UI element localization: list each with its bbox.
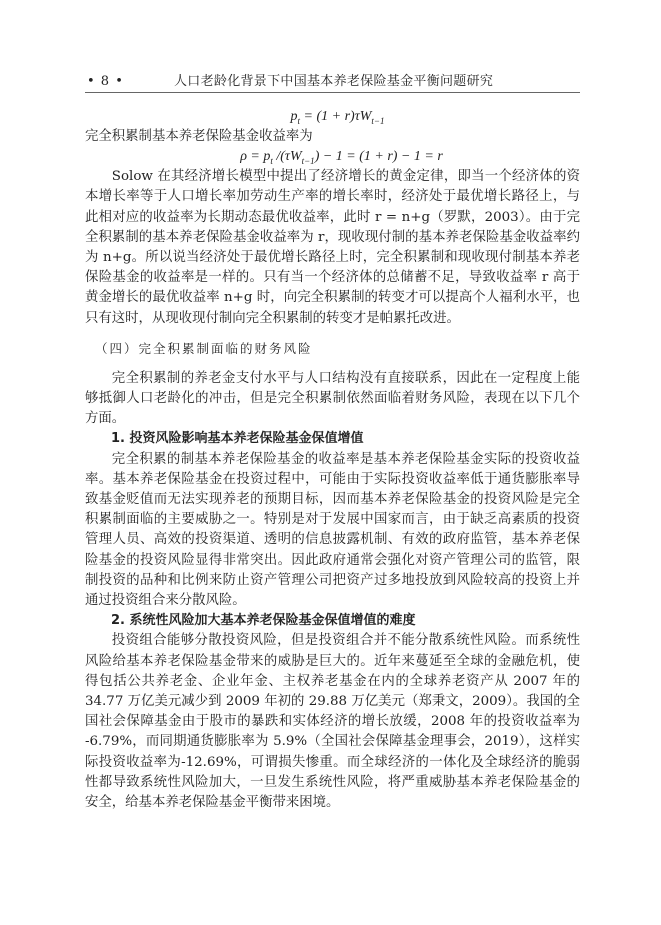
paragraph-investment-risk: 完全积累的制基本养老保险基金的收益率是基本养老保险基金实际的投资收益率。基本养老…: [85, 450, 580, 612]
formula-term: ) − 1 = (1 + r) − 1 = r: [315, 149, 443, 164]
formula-return-rate: ρ = pt /(τWt−1) − 1 = (1 + r) − 1 = r: [85, 147, 580, 167]
subheading-systemic-risk: 2. 系统性风险加大基本养老保险基金保值增值的难度: [85, 611, 580, 631]
formula-subscript: t−1: [371, 116, 384, 126]
paragraph-section-intro: 完全积累制的养老金支付水平与人口结构没有直接联系，因此在一定程度上能够抵御人口老…: [85, 369, 580, 430]
paragraph-solow: Solow 在其经济增长模型中提出了经济增长的黄金定律，即当一个经济体的资本增长…: [85, 167, 580, 329]
formula-intro-text: 完全积累制基本养老保险基金收益率为: [85, 127, 580, 147]
subheading-investment-risk: 1. 投资风险影响基本养老保险基金保值增值: [85, 429, 580, 449]
formula-term: /(τW: [273, 149, 302, 164]
paragraph-systemic-risk: 投资组合能够分散投资风险，但是投资组合并不能分散系统性风险。而系统性风险给基本养…: [85, 631, 580, 813]
running-header-title: 人口老龄化背景下中国基本养老保险基金平衡问题研究: [174, 73, 493, 90]
running-header: • 8 • 人口老龄化背景下中国基本养老保险基金平衡问题研究: [85, 73, 580, 93]
document-body: pt = (1 + r)τWt−1 完全积累制基本养老保险基金收益率为 ρ = …: [85, 107, 580, 813]
formula-term: = (1 + r)τW: [300, 109, 371, 124]
formula-term: p: [291, 109, 298, 124]
formula-pension-payment: pt = (1 + r)τWt−1: [85, 107, 580, 127]
section-heading: （四）完全积累制面临的财务风险: [85, 339, 580, 359]
page-number: • 8 •: [87, 73, 124, 90]
formula-term: ρ = p: [240, 149, 270, 164]
formula-subscript: t−1: [302, 156, 315, 166]
